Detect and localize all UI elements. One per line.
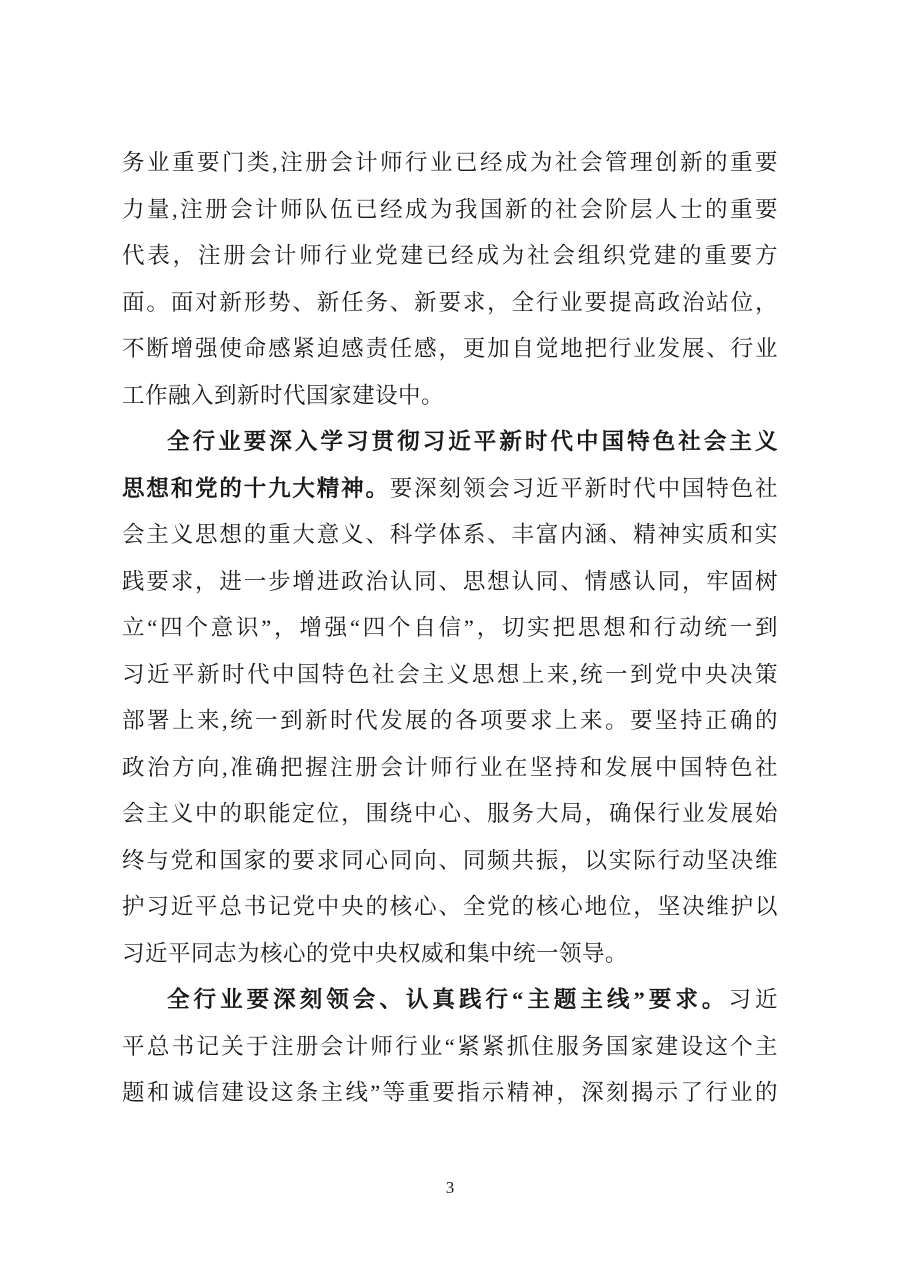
- document-body: 务业重要门类,注册会计师行业已经成为社会管理创新的重要力量,注册会计师队伍已经成…: [122, 140, 778, 1117]
- text-segment: 践要求，进一步增进政治认同、思想认同、情感认同，牢固树: [122, 569, 778, 594]
- bold-text-segment: 全行业要深入学习贯彻习近平新时代中国特色社会主义: [167, 429, 778, 454]
- text-line: 政治方向,准确把握注册会计师行业在坚持和发展中国特色社: [122, 745, 778, 792]
- text-segment: 面。面对新形势、新任务、新要求，全行业要提高政治站位，: [122, 290, 778, 315]
- text-line: 面。面对新形势、新任务、新要求，全行业要提高政治站位，: [122, 280, 778, 327]
- document-page: 务业重要门类,注册会计师行业已经成为社会管理创新的重要力量,注册会计师队伍已经成…: [0, 0, 900, 1273]
- text-segment: 代表，注册会计师行业党建已经成为社会组织党建的重要方: [122, 243, 778, 268]
- text-line: 全行业要深刻领会、认真践行“主题主线”要求。习近: [122, 977, 778, 1024]
- text-segment: 习近平新时代中国特色社会主义思想上来,统一到党中央决策: [122, 662, 778, 687]
- text-segment: 政治方向,准确把握注册会计师行业在坚持和发展中国特色社: [122, 755, 778, 780]
- text-segment: 务业重要门类,注册会计师行业已经成为社会管理创新的重要: [122, 150, 778, 175]
- text-line: 平总书记关于注册会计师行业“紧紧抓住服务国家建设这个主: [122, 1024, 778, 1071]
- text-line: 习近平新时代中国特色社会主义思想上来,统一到党中央决策: [122, 652, 778, 699]
- text-segment: 会主义中的职能定位，围绕中心、服务大局，确保行业发展始: [122, 801, 778, 826]
- text-segment: 习近: [728, 987, 778, 1012]
- text-line: 务业重要门类,注册会计师行业已经成为社会管理创新的重要: [122, 140, 778, 187]
- text-segment: 工作融入到新时代国家建设中。: [122, 383, 444, 408]
- text-line: 思想和党的十九大精神。要深刻领会习近平新时代中国特色社: [122, 466, 778, 513]
- text-line: 践要求，进一步增进政治认同、思想认同、情感认同，牢固树: [122, 559, 778, 606]
- text-segment: 立“四个意识”，增强“四个自信”，切实把思想和行动统一到: [122, 615, 778, 640]
- text-segment: 平总书记关于注册会计师行业“紧紧抓住服务国家建设这个主: [122, 1034, 778, 1059]
- text-line: 护习近平总书记党中央的核心、全党的核心地位，坚决维护以: [122, 884, 778, 931]
- text-line: 立“四个意识”，增强“四个自信”，切实把思想和行动统一到: [122, 605, 778, 652]
- text-line: 代表，注册会计师行业党建已经成为社会组织党建的重要方: [122, 233, 778, 280]
- text-segment: 护习近平总书记党中央的核心、全党的核心地位，坚决维护以: [122, 894, 778, 919]
- text-line: 终与党和国家的要求同心同向、同频共振，以实际行动坚决维: [122, 838, 778, 885]
- bold-text-segment: 思想和党的十九大精神。: [122, 476, 390, 501]
- text-line: 工作融入到新时代国家建设中。: [122, 373, 778, 420]
- text-line: 题和诚信建设这条主线”等重要指示精神，深刻揭示了行业的: [122, 1070, 778, 1117]
- text-segment: 力量,注册会计师队伍已经成为我国新的社会阶层人士的重要: [122, 197, 778, 222]
- text-line: 会主义思想的重大意义、科学体系、丰富内涵、精神实质和实: [122, 512, 778, 559]
- text-segment: 部署上来,统一到新时代发展的各项要求上来。要坚持正确的: [122, 708, 778, 733]
- text-line: 习近平同志为核心的党中央权威和集中统一领导。: [122, 931, 778, 978]
- page-number: 3: [0, 1176, 900, 1200]
- text-line: 会主义中的职能定位，围绕中心、服务大局，确保行业发展始: [122, 791, 778, 838]
- text-line: 力量,注册会计师队伍已经成为我国新的社会阶层人士的重要: [122, 187, 778, 234]
- bold-text-segment: 全行业要深刻领会、认真践行“主题主线”要求。: [167, 987, 728, 1012]
- text-segment: 题和诚信建设这条主线”等重要指示精神，深刻揭示了行业的: [122, 1080, 778, 1105]
- text-segment: 会主义思想的重大意义、科学体系、丰富内涵、精神实质和实: [122, 522, 778, 547]
- text-segment: 不断增强使命感紧迫感责任感，更加自觉地把行业发展、行业: [122, 336, 778, 361]
- text-segment: 要深刻领会习近平新时代中国特色社: [390, 476, 778, 501]
- text-line: 部署上来,统一到新时代发展的各项要求上来。要坚持正确的: [122, 698, 778, 745]
- text-segment: 习近平同志为核心的党中央权威和集中统一领导。: [122, 941, 628, 966]
- text-line: 全行业要深入学习贯彻习近平新时代中国特色社会主义: [122, 419, 778, 466]
- text-line: 不断增强使命感紧迫感责任感，更加自觉地把行业发展、行业: [122, 326, 778, 373]
- text-segment: 终与党和国家的要求同心同向、同频共振，以实际行动坚决维: [122, 848, 778, 873]
